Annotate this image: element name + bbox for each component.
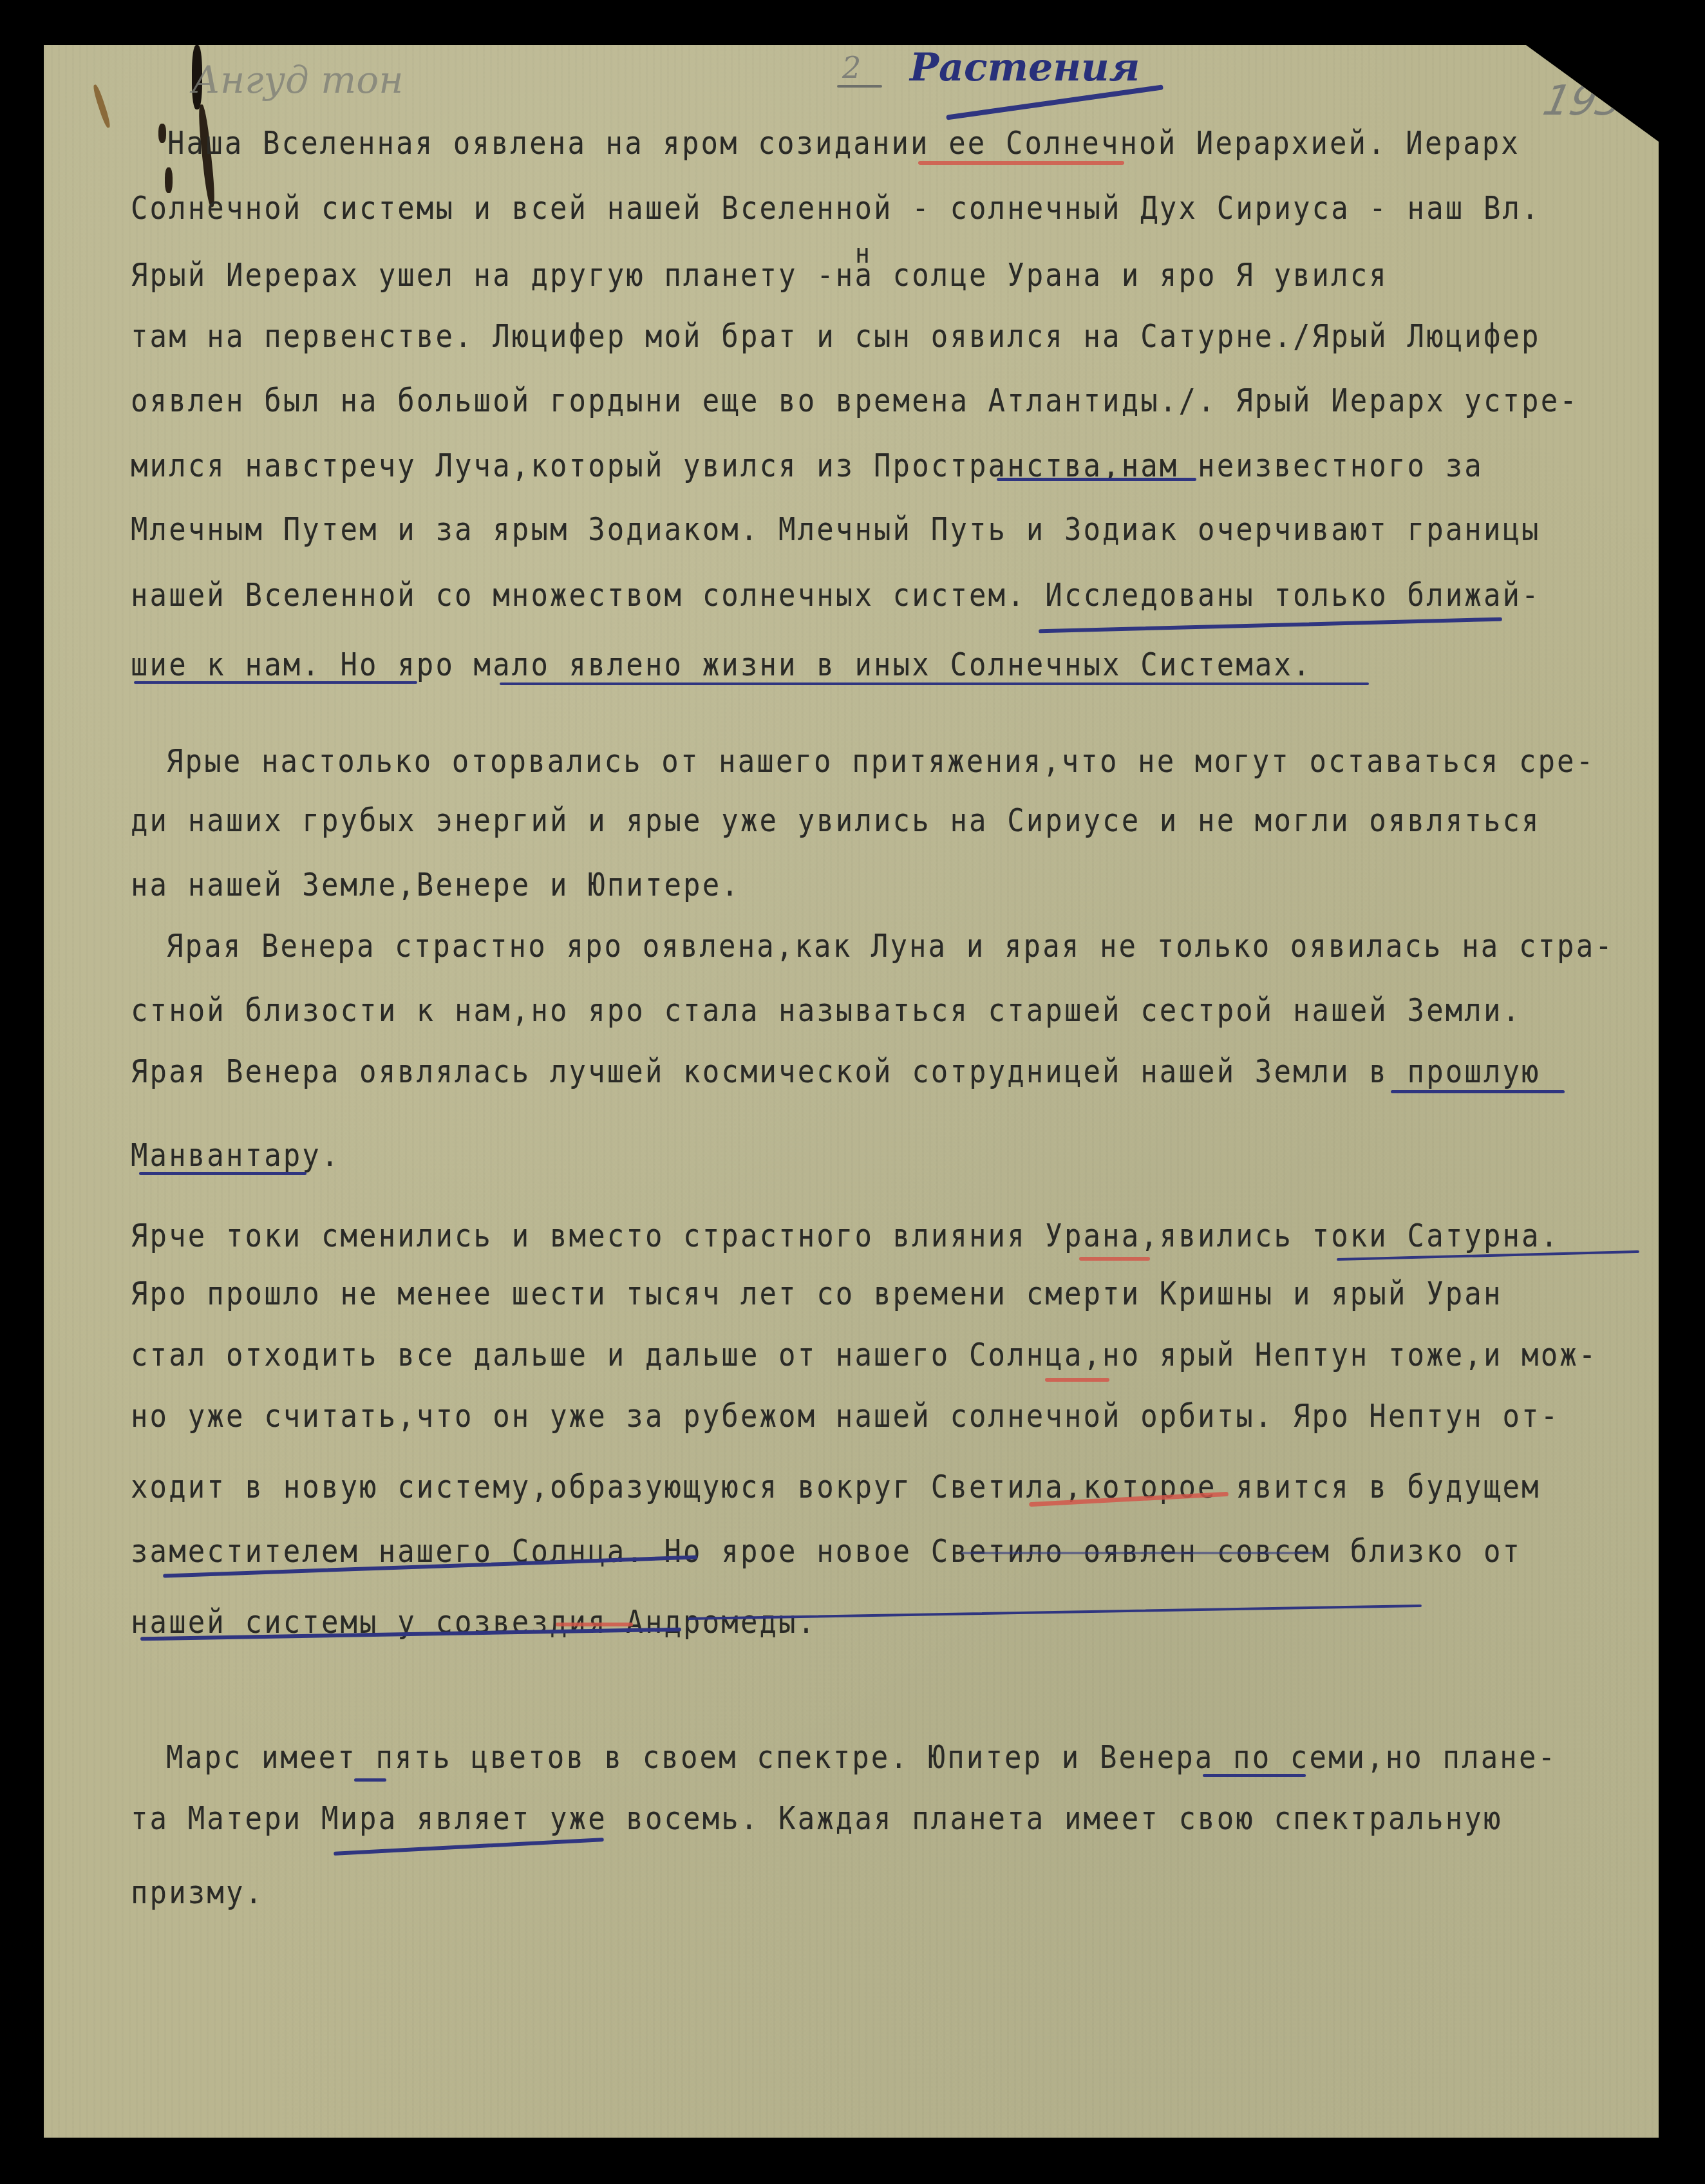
blue-underline <box>134 681 417 684</box>
blue-underline <box>500 682 1369 685</box>
blue-underline <box>1203 1774 1306 1777</box>
text-line: та Матери Мира являет уже восемь. Каждая… <box>131 1799 1503 1840</box>
text-line: Марс имеет пять цветов в своем спектре. … <box>166 1738 1557 1778</box>
blue-underline <box>334 1838 604 1856</box>
blue-underline <box>997 478 1196 481</box>
rust-stain <box>91 84 111 129</box>
text-line: Ярые настолько оторвались от нашего прит… <box>166 742 1595 782</box>
text-line: призму. <box>131 1873 264 1914</box>
text-line: Ярая Венера страстно яро оявлена,как Лун… <box>166 927 1614 967</box>
blue-underline <box>961 1552 1315 1554</box>
page-number: 193 <box>1539 77 1628 125</box>
red-underline <box>556 1623 633 1626</box>
ink-drip <box>158 124 166 143</box>
text-line: Яро прошло не менее шести тысяч лет со в… <box>131 1274 1503 1315</box>
text-line: Солнечной системы и всей нашей Вселенной… <box>131 189 1541 229</box>
text-line: Ярая Венера оявлялась лучшей космической… <box>131 1052 1541 1093</box>
text-line: ди наших грубых энергий и ярые уже увили… <box>131 801 1541 842</box>
text-line: стной близости к нам,но яро стала называ… <box>131 991 1521 1031</box>
text-line: мился навстречу Луча,который увился из П… <box>131 446 1484 487</box>
text-line: ходит в новую систему,образующуюся вокру… <box>131 1467 1541 1508</box>
text-line: там на первенстве. Люцифер мой брат и сы… <box>131 317 1541 357</box>
text-line: Ярче токи сменились и вместо страстного … <box>131 1216 1559 1257</box>
pencil-note: Ангуд тон <box>192 58 403 102</box>
text-line: Ярый Иерерах ушел на другую планету -на … <box>131 256 1388 296</box>
red-underline <box>1045 1378 1109 1382</box>
blue-underline <box>1391 1090 1565 1093</box>
page-index-mark: 2 <box>842 50 861 85</box>
document-page: Ангуд тон 2 Растения 193 Наша Вселенная … <box>44 45 1659 2138</box>
text-line: шие к нам. Но яро мало явлено жизни в ин… <box>131 645 1312 686</box>
red-underline <box>1079 1257 1150 1261</box>
text-line: Наша Вселенная оявлена на яром созидании… <box>167 124 1520 164</box>
text-line: на нашей Земле,Венере и Юпитере. <box>131 865 740 906</box>
blue-underline <box>139 1172 306 1175</box>
text-line: Манвантару. <box>131 1136 341 1176</box>
index-underline <box>837 85 882 88</box>
text-line: нашей Вселенной со множеством солнечных … <box>131 576 1541 616</box>
text-line: стал отходить все дальше и дальше от наш… <box>131 1335 1597 1376</box>
blue-underline <box>1039 617 1502 634</box>
red-underline <box>918 161 1124 165</box>
text-line: Млечным Путем и за ярым Зодиаком. Млечны… <box>131 510 1541 551</box>
ink-heading-note: Растения <box>910 45 1140 90</box>
blue-underline <box>354 1778 386 1782</box>
text-line: оявлен был на большой гордыни еще во вре… <box>131 381 1579 422</box>
text-line: но уже считать,что он уже за рубежом наш… <box>131 1397 1559 1437</box>
